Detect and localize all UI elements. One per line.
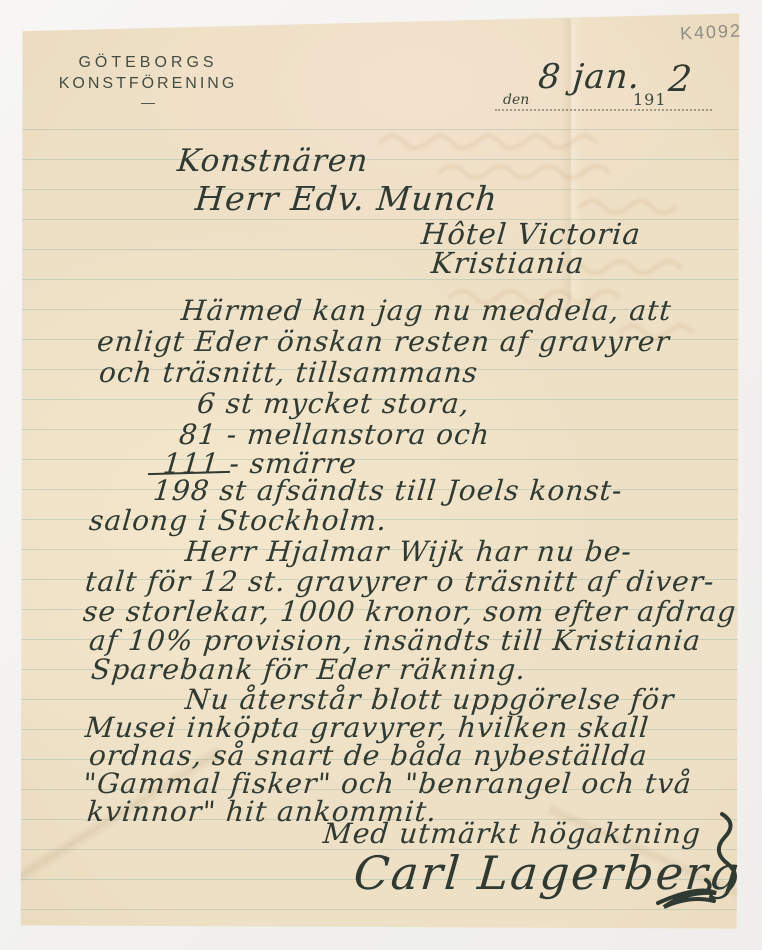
dateline-printed-year: 191 <box>633 90 667 109</box>
body-line: Herr Hjalmar Wijk har nu be- <box>184 538 633 566</box>
dateline-printed-prefix: den <box>503 92 529 108</box>
valediction: Med utmärkt högaktning <box>322 820 702 848</box>
address-line-recipient-title: Konstnären <box>176 146 370 177</box>
address-line-city: Kristiania <box>430 249 586 278</box>
dateline-dotted-rule <box>495 109 712 111</box>
dateline-handwritten-year-digit: 2 <box>667 62 694 98</box>
body-line: Härmed kan jag nu meddela, att <box>180 297 673 325</box>
body-line: Musei inköpta gravyrer, hvilken skall <box>84 714 650 742</box>
address-line-hotel: Hôtel Victoria <box>420 220 642 249</box>
tally-line: salong i Stockholm. <box>88 507 388 535</box>
letterhead-line1: GÖTEBORGS <box>48 54 248 72</box>
letterhead-line2: KONSTFÖRENING <box>48 75 248 93</box>
dateline-handwritten-date: 8 jan. <box>537 60 642 94</box>
body-line: och träsnitt, tillsammans <box>98 359 479 387</box>
tally-line: 6 st mycket stora, <box>196 390 471 418</box>
body-line: ordnas, så snart de båda nybeställda <box>88 742 649 770</box>
body-line: Sparebank för Eder räkning. <box>90 656 527 684</box>
signature-flourish <box>648 808 748 918</box>
catalog-number: K4092 <box>679 20 742 44</box>
body-line: af 10% provision, insändts till Kristian… <box>88 627 702 655</box>
tally-line: 81 - mellanstora och <box>178 421 491 449</box>
body-line: se storlekar, 1000 kronor, som efter afd… <box>82 598 738 626</box>
body-line: enligt Eder önskan resten af gravyrer <box>96 328 671 356</box>
body-line: Nu återstår blott uppgörelse för <box>184 686 676 714</box>
letterhead: GÖTEBORGS KONSTFÖRENING — <box>48 54 248 110</box>
tally-total-line: 198 st afsändts till Joels konst- <box>152 477 624 505</box>
body-line: "Gammal fisker" och "benrangel och två <box>82 770 693 798</box>
dateline: den 8 jan. 191 2 <box>495 60 720 115</box>
body-line: talt för 12 st. gravyrer o träsnitt af d… <box>84 568 716 596</box>
address-line-recipient-name: Herr Edv. Munch <box>194 182 499 215</box>
letterhead-dash: — <box>48 94 248 110</box>
